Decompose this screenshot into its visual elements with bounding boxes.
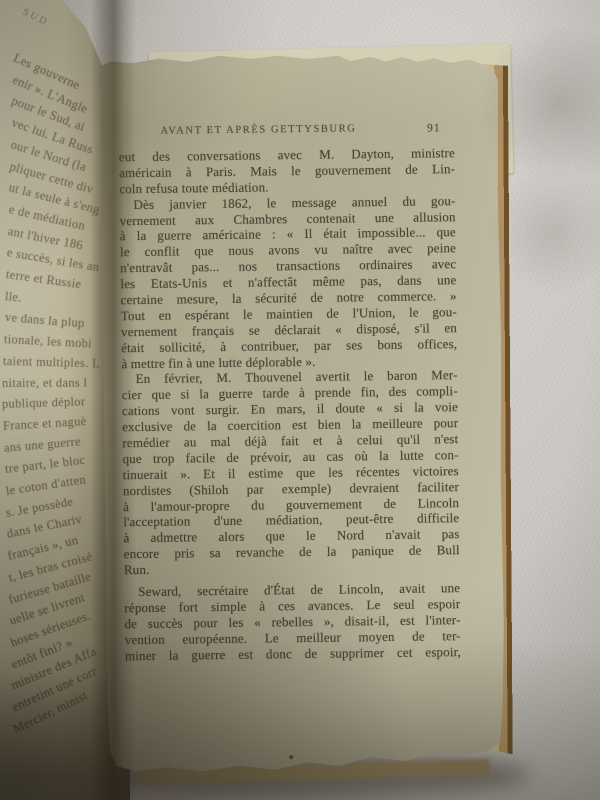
left-page-running-header: SUD xyxy=(21,7,51,29)
paper-speck xyxy=(289,755,293,759)
left-page-text-fragment: France et naguè xyxy=(3,414,87,434)
left-page-text-fragment: lle. xyxy=(5,289,23,306)
left-page-text-fragment: ans une guerre xyxy=(3,434,81,456)
page-text-block: AVANT ET APRÈS GETTYSBURG 91 eut des con… xyxy=(118,122,461,664)
left-page-text-fragment: le coton d'atten xyxy=(4,472,86,498)
right-page: AVANT ET APRÈS GETTYSBURG 91 eut des con… xyxy=(100,52,507,773)
left-page-text-fragment: ve dans la plup xyxy=(4,310,85,331)
photo-open-book: SUD Les gouverneenir ». L'Anglepour le S… xyxy=(0,0,600,800)
page-header: AVANT ET APRÈS GETTYSBURG 91 xyxy=(118,122,454,140)
page-body: eut des conversations avec M. Dayton, mi… xyxy=(119,145,461,664)
left-page-text-fragment: nitaire, et dans l xyxy=(2,375,87,390)
left-page-text-fragment: publique déplor xyxy=(2,395,86,413)
running-title: AVANT ET APRÈS GETTYSBURG xyxy=(160,123,356,136)
left-page-text-fragment: tionale, les mobi xyxy=(4,332,93,352)
body-line: miner la guerre est donc de supprimer ce… xyxy=(125,644,461,664)
left-page-text-fragment: taient multiples. L xyxy=(3,354,100,371)
page-number: 91 xyxy=(427,122,441,134)
